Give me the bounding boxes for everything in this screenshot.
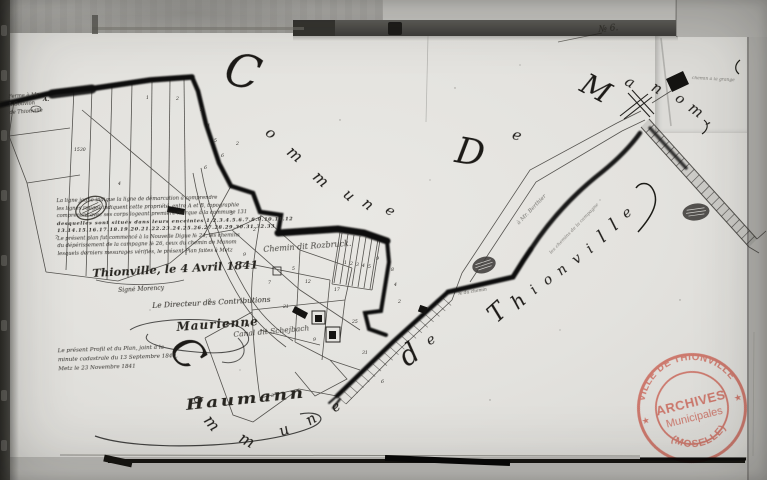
parcel-number: 2 xyxy=(350,262,353,267)
map-label-sheet-no: № 6. xyxy=(598,23,619,35)
parcel-number: 4 xyxy=(362,264,365,269)
parcel-number: 5 xyxy=(368,265,371,270)
owner-label-line: de Thionville xyxy=(9,107,69,117)
parcel-number: 4 xyxy=(118,182,121,187)
parcel-number: 2 xyxy=(398,300,401,305)
parcel-number: 6 xyxy=(381,380,384,385)
parcel-number: 1530 xyxy=(74,148,86,153)
parcel-number: 9 xyxy=(313,338,316,343)
owner-label: Ferme à Mr J. Gouvion de Thionville xyxy=(8,91,70,119)
parcel-number: 21 xyxy=(283,305,289,310)
parcel-number: 3 xyxy=(200,108,203,113)
parcel-number: 6 xyxy=(221,154,224,159)
parcel-number: 4 xyxy=(394,283,397,288)
parcel-number: 1 xyxy=(146,96,149,101)
parcel-number: 5 xyxy=(292,267,295,272)
parcel-number: 6 xyxy=(204,166,207,171)
parcel-number: 12 xyxy=(305,280,311,285)
parcel-number: 1 xyxy=(344,261,347,266)
parcel-number: 3 xyxy=(356,263,359,268)
parcel-number: 4 xyxy=(207,124,210,129)
corridor-hatching xyxy=(337,298,451,404)
legend-text-block: La ligne jaune indique la ligne de démar… xyxy=(56,195,262,259)
boundary-point-a: A. xyxy=(43,97,49,103)
parcel-number: 8 xyxy=(391,268,394,273)
parcel-number: 5 xyxy=(214,139,217,144)
scanned-cadastral-map: CommuneDeManom, CommunedeThionville Chem… xyxy=(0,0,767,480)
stamp-star-left: ★ xyxy=(641,416,651,428)
parcel-number: 17 xyxy=(334,288,340,293)
road-junction-cross xyxy=(620,90,654,119)
parcel-number: 7 xyxy=(268,281,271,286)
stamp-star-right: ★ xyxy=(733,393,743,405)
parcel-number: 2 xyxy=(236,142,239,147)
parcel-number: 9 xyxy=(376,257,379,262)
parcel-number: 2 xyxy=(176,97,179,102)
parcel-number: 25 xyxy=(352,320,358,325)
parcel-number: 31 xyxy=(362,351,368,356)
